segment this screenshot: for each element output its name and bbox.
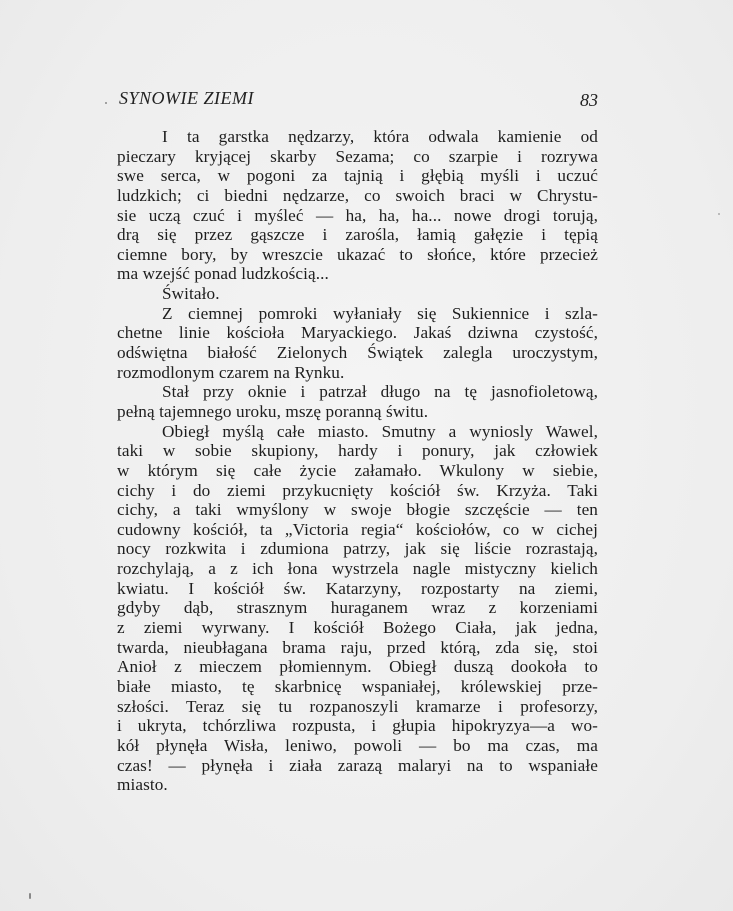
text-line: Z ciemnej pomroki wyłaniały się Sukienni… xyxy=(117,304,598,324)
text-line: rozchylają, a z ich łona wystrzela nagle… xyxy=(117,559,598,579)
paper-speck xyxy=(718,213,720,215)
text-line: gdyby dąb, strasznym huraganem wraz z ko… xyxy=(117,598,598,618)
text-line: ma wzejść ponad ludzkością... xyxy=(117,264,598,284)
text-line: pieczary kryjącej skarby Sezama; co szar… xyxy=(117,147,598,167)
body-text: I ta garstka nędzarzy, która odwala kami… xyxy=(117,127,598,795)
text-line: czas! — płynęła i ziała zarazą malaryi n… xyxy=(117,756,598,776)
text-line: twarda, nieubłagana brama raju, przed kt… xyxy=(117,638,598,658)
text-line: ciemne bory, by wreszcie ukazać to słońc… xyxy=(117,245,598,265)
text-line: Świtało. xyxy=(117,284,598,304)
text-line: w którym się całe życie załamało. Wkulon… xyxy=(117,461,598,481)
text-line: I ta garstka nędzarzy, która odwala kami… xyxy=(117,127,598,147)
running-title: SYNOWIE ZIEMI xyxy=(119,88,254,109)
text-line: drą się przez gąszcze i zarośla, łamią g… xyxy=(117,225,598,245)
text-line: z ziemi wyrwany. I kościół Bożego Ciała,… xyxy=(117,618,598,638)
text-line: sie uczą czuć i myśleć — ha, ha, ha... n… xyxy=(117,206,598,226)
page-number: 83 xyxy=(580,90,598,111)
text-line: odświętna białość Zielonych Świątek zale… xyxy=(117,343,598,363)
paper-speck xyxy=(105,102,107,104)
text-line: kół płynęła Wisła, leniwo, powoli — bo m… xyxy=(117,736,598,756)
text-line: Anioł z mieczem płomiennym. Obiegł duszą… xyxy=(117,657,598,677)
text-line: chetne linie kościoła Maryackiego. Jakaś… xyxy=(117,323,598,343)
text-line: białe miasto, tę skarbnicę wspaniałej, k… xyxy=(117,677,598,697)
text-line: szłości. Teraz się tu rozpanoszyli krama… xyxy=(117,697,598,717)
text-line: Stał przy oknie i patrzał długo na tę ja… xyxy=(117,382,598,402)
text-line: kwiatu. I kościół św. Katarzyny, rozpost… xyxy=(117,579,598,599)
text-line: i ukryta, tchórzliwa rozpusta, i głupia … xyxy=(117,716,598,736)
text-line: nocy rozkwita i zdumiona patrzy, jak się… xyxy=(117,539,598,559)
text-line: pełną tajemnego uroku, mszę poranną świt… xyxy=(117,402,598,422)
text-line: swe serca, w pogoni za tajnią i głębią m… xyxy=(117,166,598,186)
text-line: cichy, a taki wmyślony w swoje błogie sz… xyxy=(117,500,598,520)
running-head: SYNOWIE ZIEMI 83 xyxy=(119,88,598,112)
text-line: Obiegł myślą całe miasto. Smutny a wynio… xyxy=(117,422,598,442)
text-line: cudowny kościół, ta „Victoria regia“ koś… xyxy=(117,520,598,540)
text-line: miasto. xyxy=(117,775,598,795)
book-page: SYNOWIE ZIEMI 83 I ta garstka nędzarzy, … xyxy=(0,0,733,911)
text-line: rozmodlonym czarem na Rynku. xyxy=(117,363,598,383)
text-line: taki w sobie skupiony, hardy i ponury, j… xyxy=(117,441,598,461)
text-line: cichy i do ziemi przykucnięty kościół św… xyxy=(117,481,598,501)
text-line: ludzkich; ci biedni nędzarze, co swoich … xyxy=(117,186,598,206)
paper-speck xyxy=(29,893,31,899)
